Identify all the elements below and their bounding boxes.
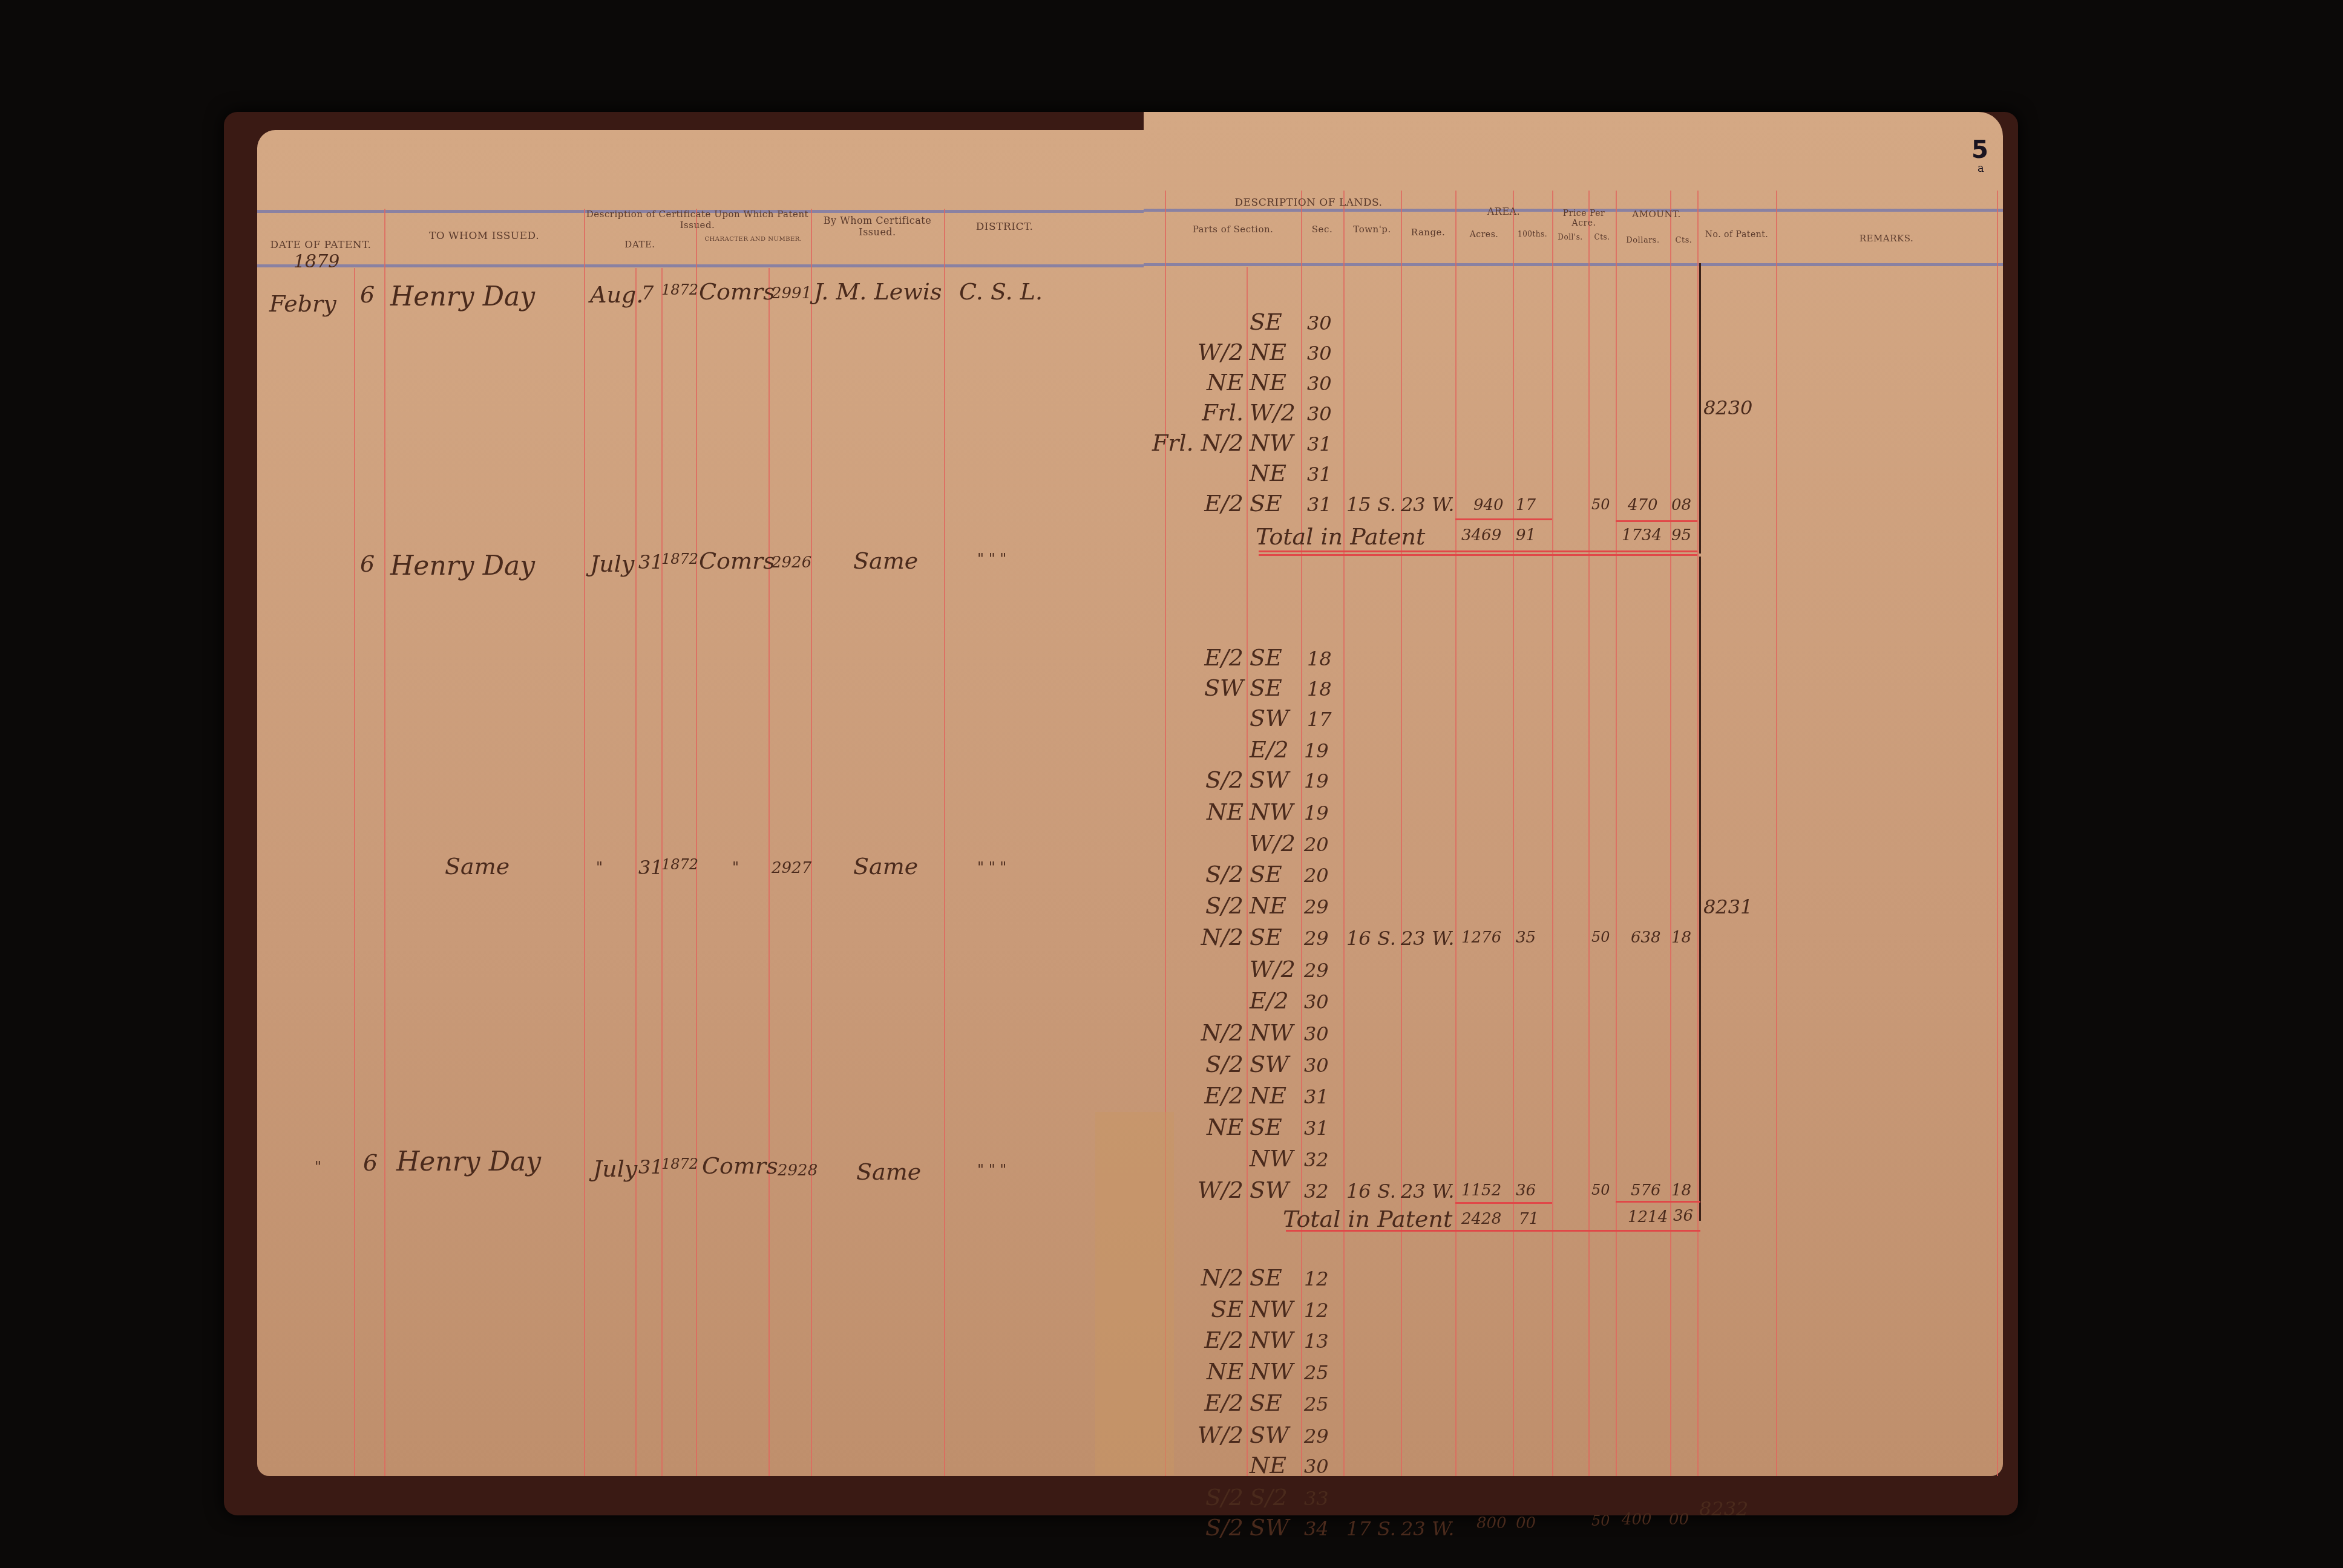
- header-hundredths: 100ths.: [1513, 230, 1552, 238]
- ledger-cell: S/2: [1168, 1484, 1244, 1511]
- ledger-cell: 33: [1304, 1487, 1329, 1510]
- entry-1-total-label: Total in Patent: [1256, 523, 1425, 550]
- ledger-rule: [1301, 191, 1302, 1476]
- ledger-cell: W/2: [1168, 1177, 1244, 1203]
- ledger-cell: 31: [1304, 1085, 1329, 1108]
- ledger-cell: 19: [1304, 769, 1329, 792]
- ledger-cell: SE: [1250, 1114, 1282, 1140]
- ledger-cell: NE: [1250, 460, 1286, 486]
- ledger-cell: 30: [1304, 1054, 1329, 1077]
- ledger-cell: E/2: [1250, 987, 1289, 1014]
- ledger-cell: 20: [1304, 833, 1329, 856]
- ledger-cell: 00: [1669, 1511, 1689, 1529]
- entry-2-cert-char: Comrs: [699, 547, 775, 574]
- ledger-cell: S/2: [1250, 1484, 1288, 1511]
- entry-3-name: Same: [445, 853, 510, 880]
- ledger-cell: E/2: [1250, 736, 1289, 763]
- ledger-cell: 17 S.: [1346, 1517, 1396, 1540]
- entry-4-cert-year: 1872: [661, 1155, 698, 1172]
- ledger-cell: 30: [1307, 342, 1332, 365]
- entry-4-name: Henry Day: [396, 1146, 541, 1177]
- ledger-rule: [696, 209, 697, 1476]
- ledger-rule: [384, 209, 385, 1476]
- ledger-cell: 12: [1304, 1299, 1329, 1322]
- ledger-cell: Frl.: [1168, 399, 1244, 426]
- ledger-rule: [1616, 191, 1617, 1476]
- entry-2-cert-number: 2926: [772, 554, 811, 572]
- ledger-rule: [1616, 1201, 1700, 1203]
- header-range: Range.: [1401, 227, 1455, 238]
- page-sub-mark: a: [1978, 162, 1984, 175]
- entry-4-district: " " ": [977, 1161, 1006, 1178]
- page-number: 5: [1971, 136, 1988, 164]
- ledger-cell: 32: [1304, 1180, 1329, 1203]
- ledger-cell: NW: [1250, 1019, 1293, 1046]
- header-date-of-patent: DATE OF PATENT.: [257, 239, 384, 251]
- entry-4-day: 6: [363, 1149, 378, 1176]
- ledger-cell: 71: [1519, 1210, 1539, 1228]
- ledger-rule: [811, 209, 812, 1476]
- header-amount-cts: Cts.: [1670, 236, 1697, 245]
- ledger-cell: 1276: [1461, 929, 1501, 947]
- entry-4-patent-no: 8232: [1699, 1497, 1748, 1520]
- ledger-cell: NW: [1250, 1327, 1293, 1353]
- ledger-cell: SW: [1250, 1422, 1289, 1448]
- ledger-cell: S/2: [1168, 1514, 1244, 1541]
- ledger-cell: 23 W.: [1401, 927, 1454, 950]
- ledger-cell: SE: [1250, 1264, 1282, 1291]
- ledger-cell: 18: [1671, 929, 1691, 947]
- header-district: DISTRICT.: [944, 221, 1065, 233]
- ledger-cell: S/2: [1168, 766, 1244, 793]
- entry-4-cert-month: July: [593, 1155, 637, 1182]
- ledger-cell: NE: [1250, 1082, 1286, 1109]
- ledger-cell: SE: [1250, 644, 1282, 671]
- ledger-rule: [1697, 191, 1699, 1476]
- entry-1-total-acres: 3469: [1461, 526, 1501, 544]
- entry-2-cert-year: 1872: [661, 550, 698, 567]
- ledger-cell: E/2: [1168, 490, 1244, 517]
- ledger-cell: 00: [1516, 1514, 1536, 1532]
- ledger-cell: E/2: [1168, 1327, 1244, 1353]
- header-bottom-rule: [257, 264, 1144, 267]
- ledger-cell: NW: [1250, 430, 1293, 456]
- ledger-cell: 31: [1304, 1117, 1329, 1140]
- ledger-cell: 16 S.: [1346, 1180, 1396, 1203]
- entry-1-cert-number: 2991: [772, 284, 811, 302]
- ledger-cell: 638: [1631, 929, 1661, 947]
- entry-1-cert-year: 1872: [661, 281, 698, 298]
- header-to-whom: TO WHOM ISSUED.: [384, 230, 584, 242]
- ledger-cell: 576: [1631, 1181, 1661, 1200]
- ledger-cell: W/2: [1168, 1422, 1244, 1448]
- ledger-cell: W/2: [1168, 339, 1244, 365]
- binding-tape: [1095, 1112, 1174, 1475]
- ledger-cell: S/2: [1168, 892, 1244, 919]
- ledger-cell: NE: [1250, 1452, 1286, 1478]
- ledger-cell: 31: [1307, 493, 1332, 516]
- ledger-rule: [944, 209, 945, 1476]
- ledger-cell: 940: [1473, 496, 1504, 514]
- ledger-cell: 23 W.: [1401, 1517, 1454, 1540]
- ledger-cell: 29: [1304, 959, 1329, 982]
- ledger-cell: 18: [1307, 678, 1332, 701]
- ledger-cell: SW: [1250, 1177, 1289, 1203]
- ledger-rule: [1513, 191, 1514, 1476]
- ledger-cell: NE: [1168, 1358, 1244, 1385]
- ledger-rule: [1259, 554, 1697, 556]
- ledger-cell: 34: [1304, 1517, 1329, 1540]
- ledger-cell: NE: [1250, 892, 1286, 919]
- entry-4-cert-char: Comrs: [702, 1152, 778, 1179]
- entry-1-day: 6: [360, 281, 375, 308]
- header-area: AREA.: [1455, 206, 1552, 217]
- header-dollars: Dollars.: [1616, 236, 1670, 245]
- ledger-cell: SW: [1168, 675, 1244, 701]
- ledger-cell: NE: [1168, 799, 1244, 825]
- entry-3-total-acres: 2428: [1461, 1210, 1501, 1228]
- ledger-cell: W/2: [1250, 830, 1296, 857]
- entry-1-cert-month: Aug.: [590, 281, 643, 308]
- ledger-cell: 30: [1307, 312, 1332, 335]
- entry-1-month: Febry: [269, 290, 336, 317]
- entry-2-patent-no: 8231: [1703, 895, 1752, 918]
- ledger-cell: 23 W.: [1401, 493, 1454, 516]
- entry-3-total-dollars: 1214: [1628, 1208, 1668, 1226]
- entry-3-total-label: Total in Patent: [1283, 1206, 1452, 1232]
- ledger-cell: 470: [1628, 496, 1658, 514]
- ledger-cell: 25: [1304, 1361, 1329, 1384]
- ledger-rule: [1343, 191, 1345, 1476]
- ledger-cell: 19: [1304, 802, 1329, 825]
- ledger-cell: 50: [1591, 929, 1610, 946]
- header-cert-desc: Description of Certificate Upon Which Pa…: [584, 209, 811, 230]
- ledger-rule: [635, 268, 637, 1476]
- entry-1-name: Henry Day: [390, 281, 535, 312]
- ledger-cell: S/2: [1168, 861, 1244, 887]
- ledger-rule: [1455, 191, 1457, 1476]
- ledger-cell: 36: [1516, 1181, 1536, 1200]
- entry-1-total-dollars: 1734: [1622, 526, 1662, 544]
- ledger-cell: N/2: [1168, 1019, 1244, 1046]
- ledger-rule: [584, 209, 585, 1476]
- header-dolls: Doll's.: [1552, 233, 1588, 241]
- ledger-cell: W/2: [1250, 399, 1296, 426]
- header-no-of-patent: No. of Patent.: [1697, 230, 1776, 240]
- entry-3-cert-number: 2927: [772, 859, 811, 877]
- entry-2-cert-day: 31: [638, 550, 663, 573]
- header-township: Town'p.: [1343, 224, 1401, 235]
- ledger-cell: 13: [1304, 1330, 1329, 1353]
- header-bottom-rule: [1144, 263, 2003, 266]
- ledger-cell: 30: [1304, 1455, 1329, 1478]
- ledger-cell: 95: [1671, 526, 1691, 544]
- ledger-cell: SE: [1250, 675, 1282, 701]
- entry-1-by-whom: J. M. Lewis: [814, 278, 942, 305]
- ledger-cell: NE: [1250, 369, 1286, 396]
- ledger-cell: SW: [1250, 1051, 1289, 1077]
- ledger-cell: 29: [1304, 927, 1329, 950]
- ledger-cell: 35: [1516, 929, 1536, 947]
- ledger-cell: NE: [1168, 369, 1244, 396]
- header-amount: AMOUNT.: [1616, 209, 1697, 220]
- ledger-rule: [1616, 520, 1697, 522]
- ledger-cell: SW: [1250, 705, 1289, 731]
- header-price-per-acre: Price Per Acre.: [1552, 209, 1616, 228]
- ledger-rule: [1247, 267, 1248, 1476]
- ledger-rule: [1552, 191, 1553, 1476]
- ledger-cell: 30: [1304, 1022, 1329, 1045]
- header-parts-of-section: Parts of Section.: [1165, 224, 1301, 235]
- ledger-cell: 36: [1673, 1207, 1693, 1225]
- ledger-cell: N/2: [1168, 1264, 1244, 1291]
- entry-2-day: 6: [360, 550, 375, 577]
- ledger-cell: 91: [1516, 526, 1536, 544]
- entry-4-cert-number: 2928: [778, 1161, 818, 1180]
- ledger-cell: E/2: [1168, 644, 1244, 671]
- ledger-rule: [1670, 191, 1671, 1476]
- ledger-cell: E/2: [1168, 1082, 1244, 1109]
- entry-2-cert-month: July: [590, 550, 634, 577]
- ledger-cell: 17: [1516, 496, 1536, 514]
- ledger-cell: SE: [1168, 1296, 1244, 1322]
- ledger-cell: 29: [1304, 1425, 1329, 1448]
- ledger-cell: 18: [1671, 1181, 1691, 1200]
- header-remarks: REMARKS.: [1776, 233, 1997, 244]
- header-description-of-lands: DESCRIPTION OF LANDS.: [1165, 197, 1452, 209]
- ledger-cell: 23 W.: [1401, 1180, 1454, 1203]
- ledger-cell: 50: [1591, 1181, 1610, 1198]
- ledger-cell: E/2: [1168, 1390, 1244, 1416]
- ledger-cell: NW: [1250, 1358, 1293, 1385]
- entry-3-cert-day: 31: [638, 856, 663, 879]
- ledger-rule: [1699, 263, 1701, 554]
- entry-3-cert-month: ": [596, 859, 603, 876]
- ledger-rule: [1286, 1230, 1700, 1232]
- ledger-cell: Frl. N/2: [1144, 430, 1244, 456]
- entry-1-patent-no: 8230: [1703, 396, 1752, 419]
- entry-2-name: Henry Day: [390, 550, 535, 581]
- ledger-cell: NE: [1168, 1114, 1244, 1140]
- entry-1-cert-char: Comrs: [699, 278, 775, 305]
- ledger-cell: 30: [1304, 990, 1329, 1013]
- ledger-cell: 18: [1307, 647, 1332, 670]
- ledger-rule: [1776, 191, 1777, 1476]
- entry-4-month: ": [315, 1158, 321, 1175]
- ledger-cell: 30: [1307, 402, 1332, 425]
- ledger-cell: 32: [1304, 1148, 1329, 1171]
- right-page: DESCRIPTION OF LANDS. Parts of Section. …: [1144, 112, 2003, 1476]
- ledger-cell: 50: [1591, 496, 1610, 513]
- ledger-cell: 20: [1304, 864, 1329, 887]
- entry-1-cert-day: 7: [641, 281, 654, 304]
- ledger-cell: SE: [1250, 490, 1282, 517]
- ledger-rule: [1401, 191, 1402, 1476]
- ledger-rule: [1259, 550, 1697, 552]
- ledger-cell: 30: [1307, 372, 1332, 395]
- ledger-rule: [1997, 191, 1998, 1476]
- header-sec: Sec.: [1301, 224, 1343, 235]
- ledger-cell: 19: [1304, 739, 1329, 762]
- ledger-cell: NW: [1250, 1145, 1293, 1172]
- ledger-rule: [768, 268, 770, 1476]
- ledger-cell: NW: [1250, 1296, 1293, 1322]
- entry-4-cert-day: 31: [638, 1155, 663, 1178]
- ledger-cell: 16 S.: [1346, 927, 1396, 950]
- ledger-rule: [1455, 1202, 1552, 1204]
- ledger-cell: 50: [1591, 1512, 1610, 1529]
- ledger-cell: 31: [1307, 433, 1332, 456]
- entry-4-by-whom: Same: [856, 1158, 921, 1185]
- header-cert-date: DATE.: [584, 239, 696, 250]
- entry-2-by-whom: Same: [853, 547, 918, 574]
- header-by-whom: By Whom Certificate Issued.: [811, 215, 944, 238]
- ledger-cell: SE: [1250, 1390, 1282, 1416]
- ledger-cell: N/2: [1168, 924, 1244, 950]
- ledger-cell: SW: [1250, 766, 1289, 793]
- ledger-cell: 15 S.: [1346, 493, 1396, 516]
- entry-3-district: " " ": [977, 859, 1006, 876]
- ledger-cell: 17: [1307, 708, 1332, 731]
- ledger-cell: 08: [1671, 496, 1691, 514]
- ledger-rule: [1699, 557, 1701, 1221]
- entry-3-by-whom: Same: [853, 853, 918, 880]
- ledger-rule: [1588, 191, 1590, 1476]
- ledger-cell: 800: [1476, 1514, 1507, 1532]
- header-acres: Acres.: [1455, 230, 1513, 240]
- year: 1879: [293, 251, 339, 272]
- header-cts: Cts.: [1588, 233, 1616, 241]
- ledger-cell: 29: [1304, 895, 1329, 918]
- ledger-cell: SE: [1250, 924, 1282, 950]
- ledger-cell: 25: [1304, 1393, 1329, 1416]
- ledger-cell: SW: [1250, 1514, 1289, 1541]
- ledger-cell: 31: [1307, 463, 1332, 486]
- entry-1-district: C. S. L.: [959, 278, 1043, 305]
- ledger-cell: 12: [1304, 1267, 1329, 1290]
- entry-3-cert-year: 1872: [661, 856, 698, 873]
- ledger-cell: S/2: [1168, 1051, 1244, 1077]
- ledger-cell: NW: [1250, 799, 1293, 825]
- ledger-cell: W/2: [1250, 956, 1296, 982]
- ledger-rule: [354, 268, 355, 1476]
- ledger-cell: 1152: [1461, 1181, 1501, 1200]
- entry-2-district: " " ": [977, 550, 1006, 567]
- ledger-cell: SE: [1250, 861, 1282, 887]
- ledger-rule: [1455, 518, 1552, 520]
- ledger-cell: 400: [1622, 1511, 1652, 1529]
- ledger-cell: SE: [1250, 309, 1282, 335]
- header-cert-char: CHARACTER AND NUMBER.: [696, 236, 811, 243]
- left-page: DATE OF PATENT. 1879 TO WHOM ISSUED. Des…: [257, 130, 1144, 1476]
- entry-3-cert-char: ": [732, 859, 739, 876]
- ledger-cell: NE: [1250, 339, 1286, 365]
